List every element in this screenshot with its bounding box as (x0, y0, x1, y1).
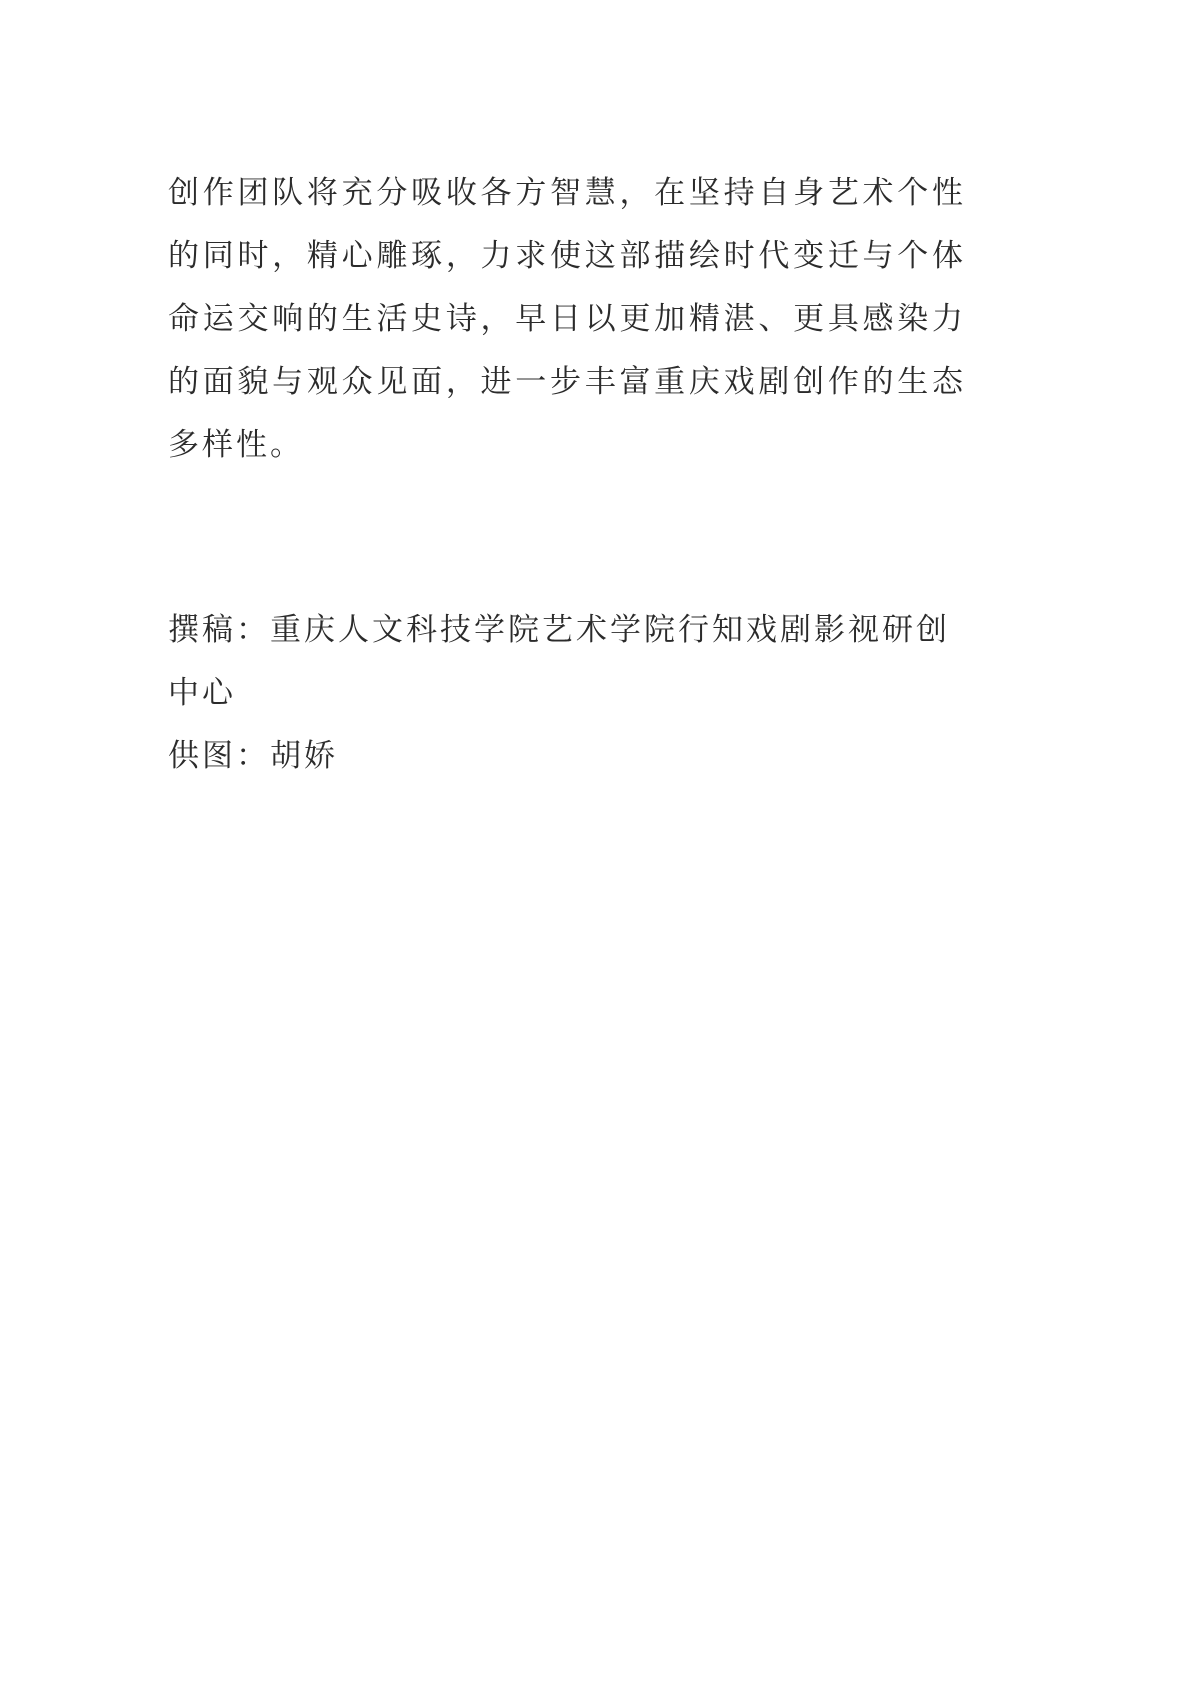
text-content: 创作团队将充分吸收各方智慧，在坚持自身艺术个性的同时，精心雕琢，力求使这部描绘时… (168, 130, 966, 787)
credit-photo-line: 供图：胡娇 (168, 724, 966, 787)
body-paragraph: 创作团队将充分吸收各方智慧，在坚持自身艺术个性的同时，精心雕琢，力求使这部描绘时… (168, 161, 966, 476)
credit-author-line: 撰稿：重庆人文科技学院艺术学院行知戏剧影视研创中心 (168, 598, 966, 724)
credits-block: 撰稿：重庆人文科技学院艺术学院行知戏剧影视研创中心 供图：胡娇 (168, 598, 966, 787)
document-page: 创作团队将充分吸收各方智慧，在坚持自身艺术个性的同时，精心雕琢，力求使这部描绘时… (0, 0, 1191, 1684)
